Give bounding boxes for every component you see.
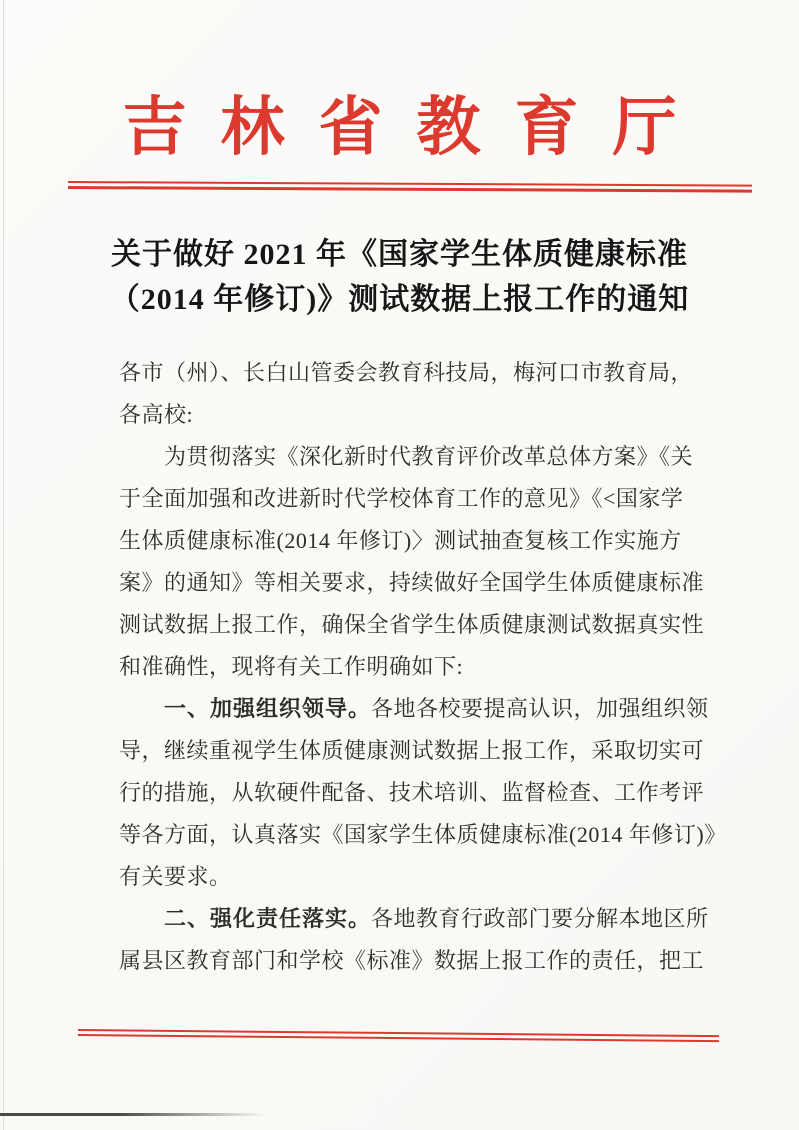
body-line: 等各方面，认真落实《国家学生体质健康标准(2014 年修订)》: [119, 814, 719, 856]
footer-double-rule: [78, 1029, 719, 1042]
body-line: 为贯彻落实《深化新时代教育评价改革总体方案》《关: [119, 436, 719, 478]
document-body: 各市（州）、长白山管委会教育科技局，梅河口市教育局，各高校:为贯彻落实《深化新时…: [119, 352, 719, 982]
body-line: 各高校:: [119, 394, 719, 436]
letterhead-double-rule: [68, 181, 752, 193]
document-title-line1: 关于做好 2021 年《国家学生体质健康标准: [0, 232, 799, 277]
body-line: 行的措施，从软硬件配备、技术培训、监督检查、工作考评: [119, 772, 719, 814]
body-line: 一、加强组织领导。各地各校要提高认识，加强组织领: [119, 688, 719, 730]
body-line: 有关要求。: [119, 856, 719, 898]
body-line: 属县区教育部门和学校《标准》数据上报工作的责任，把工: [119, 940, 719, 982]
document-title: 关于做好 2021 年《国家学生体质健康标准 （2014 年修订)》测试数据上报…: [0, 232, 799, 322]
body-line: 和准确性，现将有关工作明确如下:: [119, 646, 719, 688]
body-line-bold-lead: 二、强化责任落实。: [164, 906, 371, 931]
body-line: 于全面加强和改进新时代学校体育工作的意见》《<国家学: [119, 478, 719, 520]
body-line: 生体质健康标准(2014 年修订)〉测试抽查复核工作实施方: [119, 520, 719, 562]
body-line-bold-lead: 一、加强组织领导。: [164, 696, 371, 721]
scanned-document-page: 吉林省教育厅 关于做好 2021 年《国家学生体质健康标准 （2014 年修订)…: [0, 0, 799, 1130]
body-line: 各市（州）、长白山管委会教育科技局，梅河口市教育局，: [119, 352, 719, 394]
letterhead-agency-name: 吉林省教育厅: [0, 88, 799, 168]
body-line: 案》的通知》等相关要求，持续做好全国学生体质健康标准: [119, 562, 719, 604]
scan-bottom-edge-shadow: [0, 1113, 265, 1116]
page-left-edge-line: [3, 0, 4, 1130]
body-line: 测试数据上报工作，确保全省学生体质健康测试数据真实性: [119, 604, 719, 646]
body-line: 导，继续重视学生体质健康测试数据上报工作，采取切实可: [119, 730, 719, 772]
body-line: 二、强化责任落实。各地教育行政部门要分解本地区所: [119, 898, 719, 940]
document-title-line2: （2014 年修订)》测试数据上报工作的通知: [0, 277, 799, 322]
